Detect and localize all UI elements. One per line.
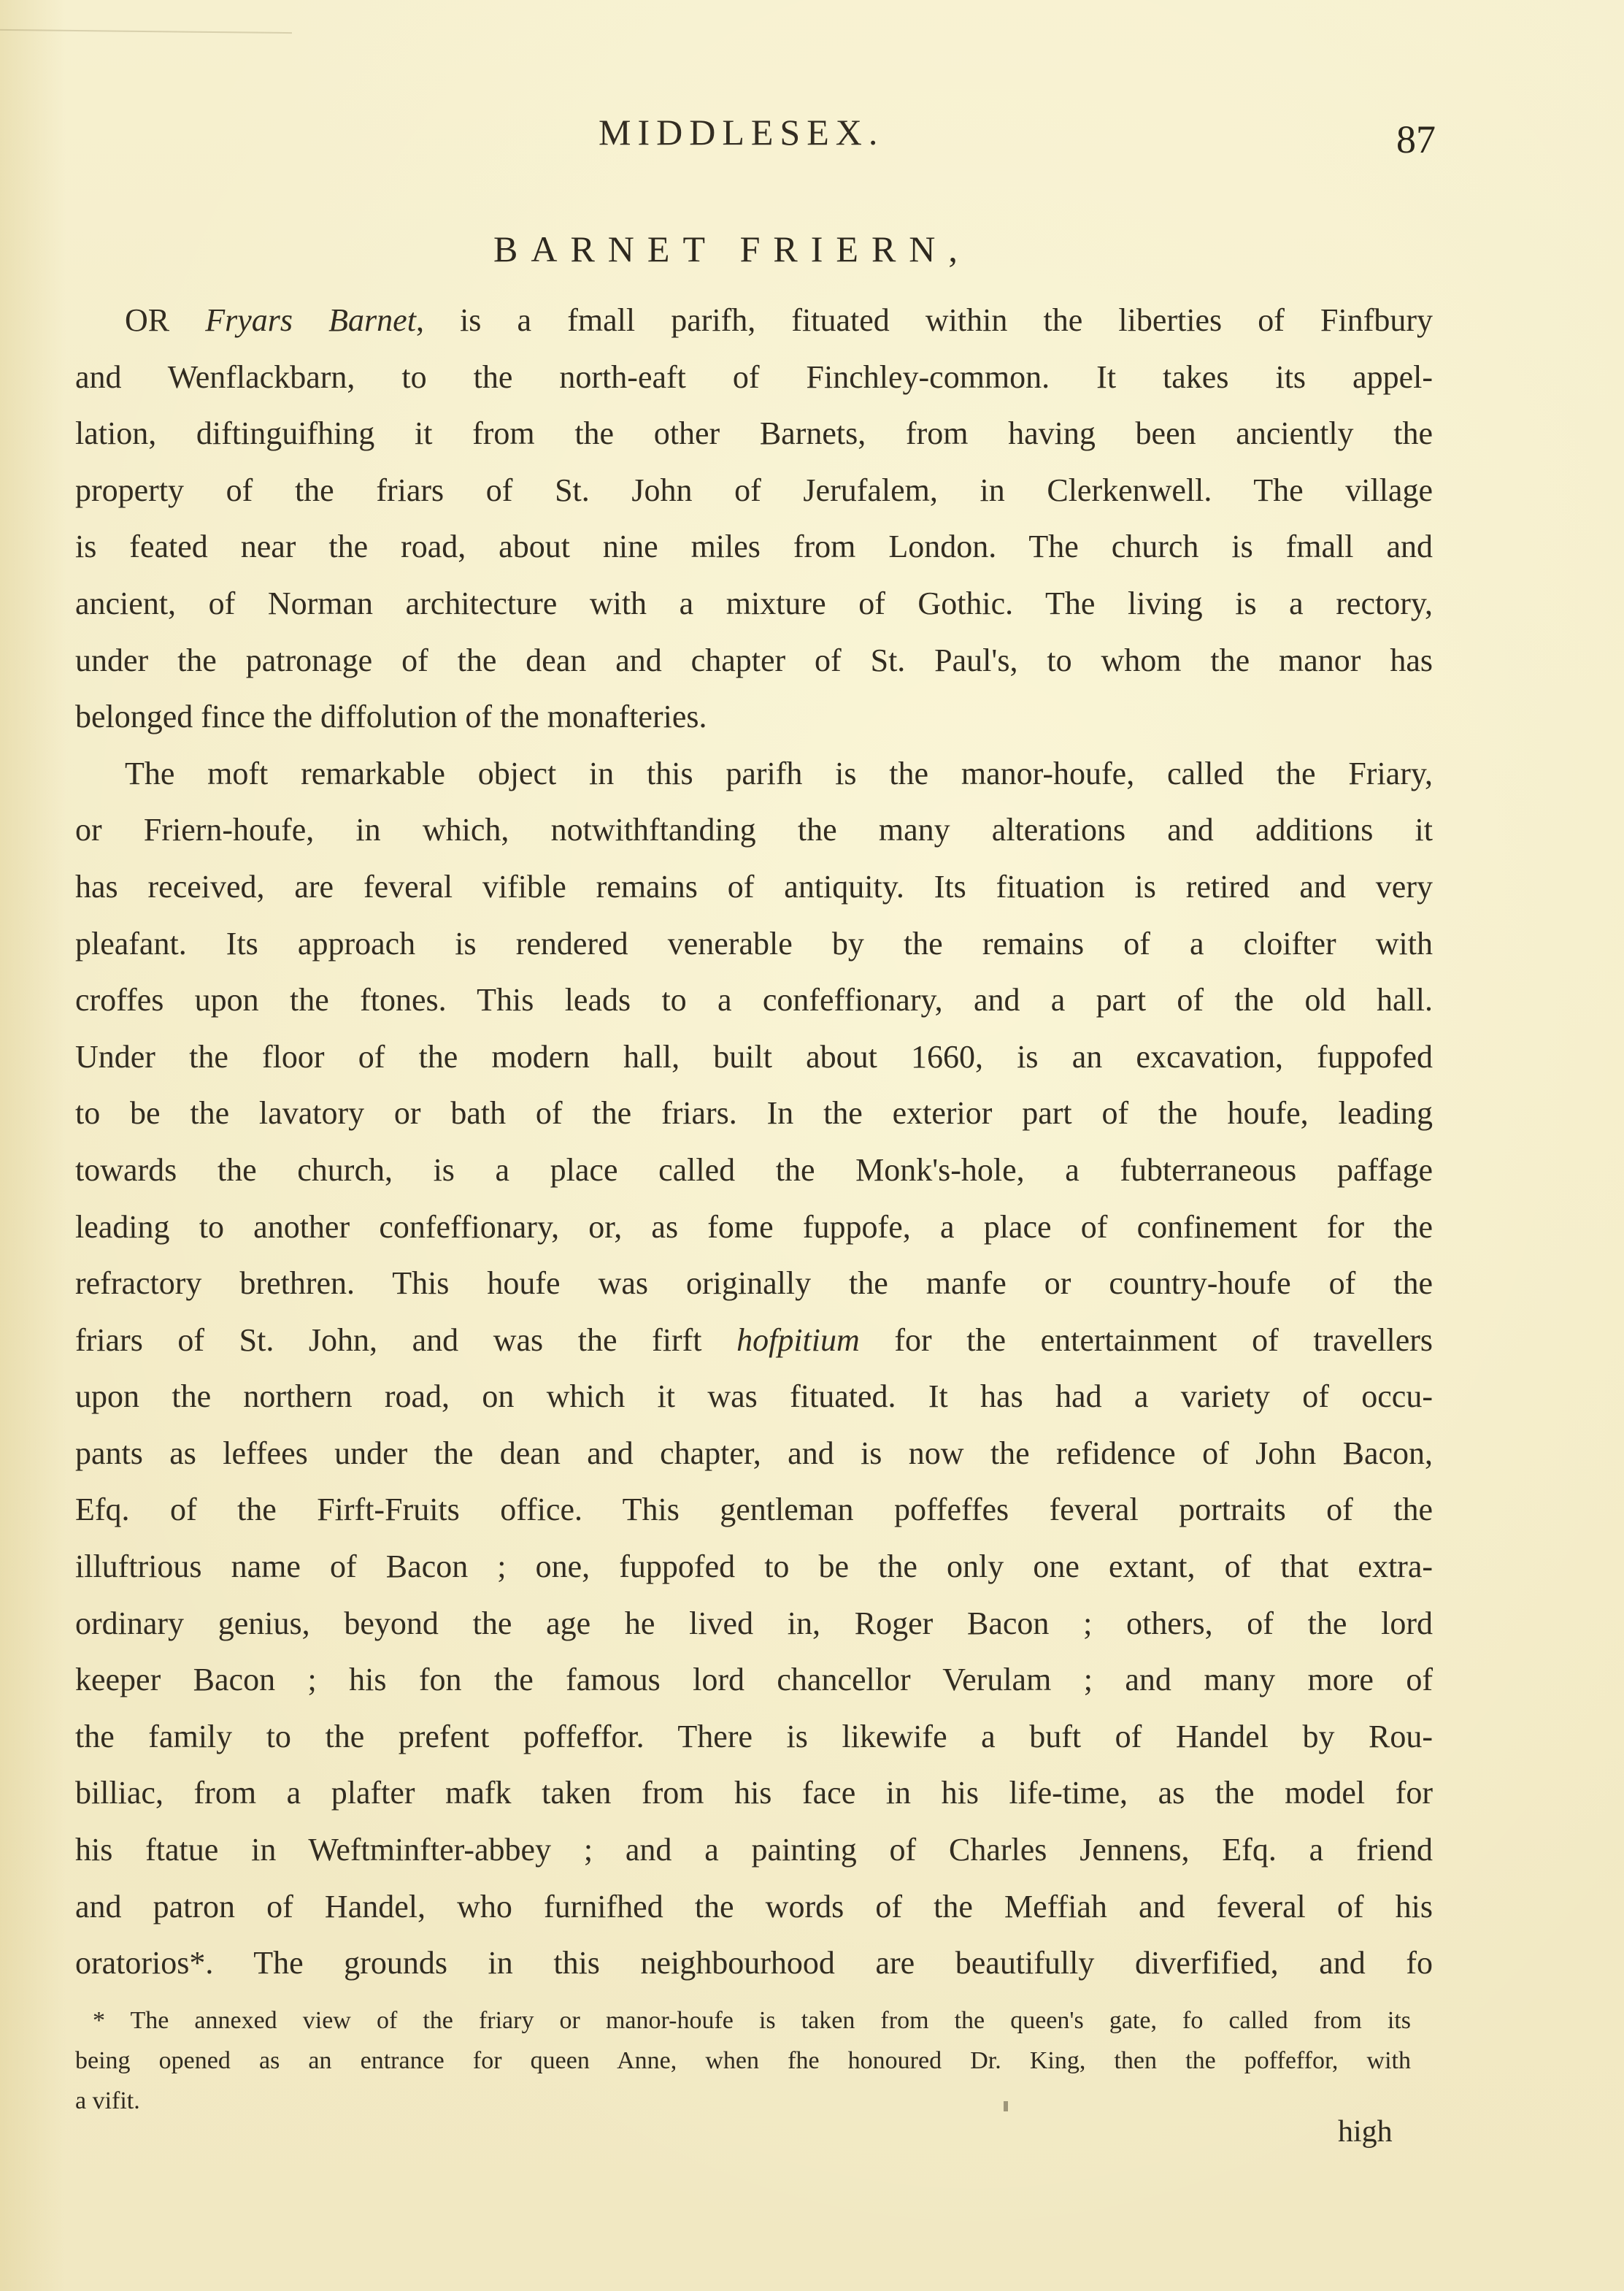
text-line: towards the church, is a place called th…: [75, 1142, 1433, 1199]
text-segment: or Friern-houfe, in which, notwithftandi…: [75, 812, 1433, 848]
text-segment: under the patronage of the dean and chap…: [75, 642, 1433, 678]
text-line: Under the floor of the modern hall, buil…: [75, 1029, 1433, 1086]
text-line: lation, diftinguifhing it from the other…: [75, 405, 1433, 462]
text-segment: for the entertainment of travellers: [860, 1322, 1433, 1358]
text-line: the family to the prefent poffeffor. The…: [75, 1708, 1433, 1765]
text-segment: ancient, of Norman architecture with a m…: [75, 586, 1433, 621]
text-line: ancient, of Norman architecture with a m…: [75, 575, 1433, 632]
text-line: under the patronage of the dean and chap…: [75, 632, 1433, 689]
catchword: high: [1338, 2114, 1393, 2149]
text-segment: OR: [125, 302, 205, 338]
text-line: and Wenflackbarn, to the north-eaft of F…: [75, 349, 1433, 406]
text-segment: billiac, from a plafter mafk taken from …: [75, 1775, 1433, 1811]
text-line: croffes upon the ftones. This leads to a…: [75, 972, 1433, 1029]
text-line: refractory brethren. This houfe was orig…: [75, 1255, 1433, 1312]
paragraph-1: OR Fryars Barnet, is a fmall parifh, fit…: [75, 292, 1433, 745]
footnote-line: being opened as an entrance for queen An…: [75, 2041, 1411, 2081]
ink-speck: [1004, 2101, 1008, 2111]
text-line: property of the friars of St. John of Je…: [75, 462, 1433, 519]
italic-text: hofpitium: [736, 1322, 860, 1358]
text-segment: belonged fince the diffolution of the mo…: [75, 699, 707, 734]
book-page: MIDDLESEX. 87 BARNET FRIERN, OR Fryars B…: [0, 0, 1624, 2291]
text-segment: keeper Bacon ; his fon the famous lord c…: [75, 1662, 1433, 1697]
body-text: OR Fryars Barnet, is a fmall parifh, fit…: [75, 292, 1433, 1992]
text-segment: and patron of Handel, who furnifhed the …: [75, 1889, 1433, 1924]
text-segment: is feated near the road, about nine mile…: [75, 529, 1433, 564]
text-segment: lation, diftinguifhing it from the other…: [75, 415, 1433, 451]
text-line: pleafant. Its approach is rendered vener…: [75, 916, 1433, 972]
text-line: his ftatue in Weftminfter-abbey ; and a …: [75, 1822, 1433, 1879]
text-segment: refractory brethren. This houfe was orig…: [75, 1265, 1433, 1301]
text-line: upon the northern road, on which it was …: [75, 1368, 1433, 1425]
text-segment: has received, are feveral vifible remain…: [75, 869, 1433, 905]
page-number: 87: [1396, 117, 1436, 162]
footnote-line: * The annexed view of the friary or mano…: [75, 2000, 1411, 2041]
text-segment: croffes upon the ftones. This leads to a…: [75, 982, 1433, 1018]
text-segment: pleafant. Its approach is rendered vener…: [75, 926, 1433, 962]
italic-text: Fryars Barnet: [205, 302, 416, 338]
text-segment: friars of St. John, and was the firft: [75, 1322, 736, 1358]
text-segment: upon the northern road, on which it was …: [75, 1378, 1433, 1414]
text-segment: , is a fmall parifh, fituated within the…: [416, 302, 1433, 338]
text-segment: illuftrious name of Bacon ; one, fuppofe…: [75, 1549, 1433, 1584]
text-segment: the family to the prefent poffeffor. The…: [75, 1719, 1433, 1754]
text-segment: leading to another confeffionary, or, as…: [75, 1209, 1433, 1245]
text-segment: Under the floor of the modern hall, buil…: [75, 1039, 1433, 1075]
text-segment: ordinary genius, beyond the age he lived…: [75, 1605, 1433, 1641]
text-line: friars of St. John, and was the firft ho…: [75, 1312, 1433, 1369]
text-line: to be the lavatory or bath of the friars…: [75, 1085, 1433, 1142]
text-segment: The moft remarkable object in this parif…: [125, 756, 1433, 791]
text-line: keeper Bacon ; his fon the famous lord c…: [75, 1651, 1433, 1708]
text-line: ordinary genius, beyond the age he lived…: [75, 1595, 1433, 1652]
text-line: is feated near the road, about nine mile…: [75, 518, 1433, 575]
text-segment: pants as leffees under the dean and chap…: [75, 1435, 1433, 1471]
text-segment: his ftatue in Weftminfter-abbey ; and a …: [75, 1832, 1433, 1868]
text-line: Efq. of the Firft-Fruits office. This ge…: [75, 1481, 1433, 1538]
section-title: BARNET FRIERN,: [493, 228, 971, 270]
text-line: billiac, from a plafter mafk taken from …: [75, 1765, 1433, 1822]
footnote: * The annexed view of the friary or mano…: [75, 2000, 1411, 2121]
running-head: MIDDLESEX.: [599, 111, 884, 153]
text-line: pants as leffees under the dean and chap…: [75, 1425, 1433, 1482]
text-line: belonged fince the diffolution of the mo…: [75, 688, 1433, 745]
text-line: has received, are feveral vifible remain…: [75, 859, 1433, 916]
text-segment: property of the friars of St. John of Je…: [75, 472, 1433, 508]
paper-crease: [0, 29, 292, 34]
text-line: The moft remarkable object in this parif…: [75, 745, 1433, 802]
text-line: and patron of Handel, who furnifhed the …: [75, 1879, 1433, 1935]
text-line: leading to another confeffionary, or, as…: [75, 1199, 1433, 1256]
footnote-line: a vifit.: [75, 2081, 1411, 2121]
text-segment: towards the church, is a place called th…: [75, 1152, 1433, 1188]
text-line: oratorios*. The grounds in this neighbou…: [75, 1935, 1433, 1992]
text-line: or Friern-houfe, in which, notwithftandi…: [75, 802, 1433, 859]
text-line: illuftrious name of Bacon ; one, fuppofe…: [75, 1538, 1433, 1595]
text-segment: oratorios*. The grounds in this neighbou…: [75, 1945, 1433, 1981]
text-line: OR Fryars Barnet, is a fmall parifh, fit…: [75, 292, 1433, 349]
text-segment: and Wenflackbarn, to the north-eaft of F…: [75, 359, 1433, 395]
paragraph-2: The moft remarkable object in this parif…: [75, 745, 1433, 1992]
text-segment: to be the lavatory or bath of the friars…: [75, 1095, 1433, 1131]
text-segment: Efq. of the Firft-Fruits office. This ge…: [75, 1492, 1433, 1527]
